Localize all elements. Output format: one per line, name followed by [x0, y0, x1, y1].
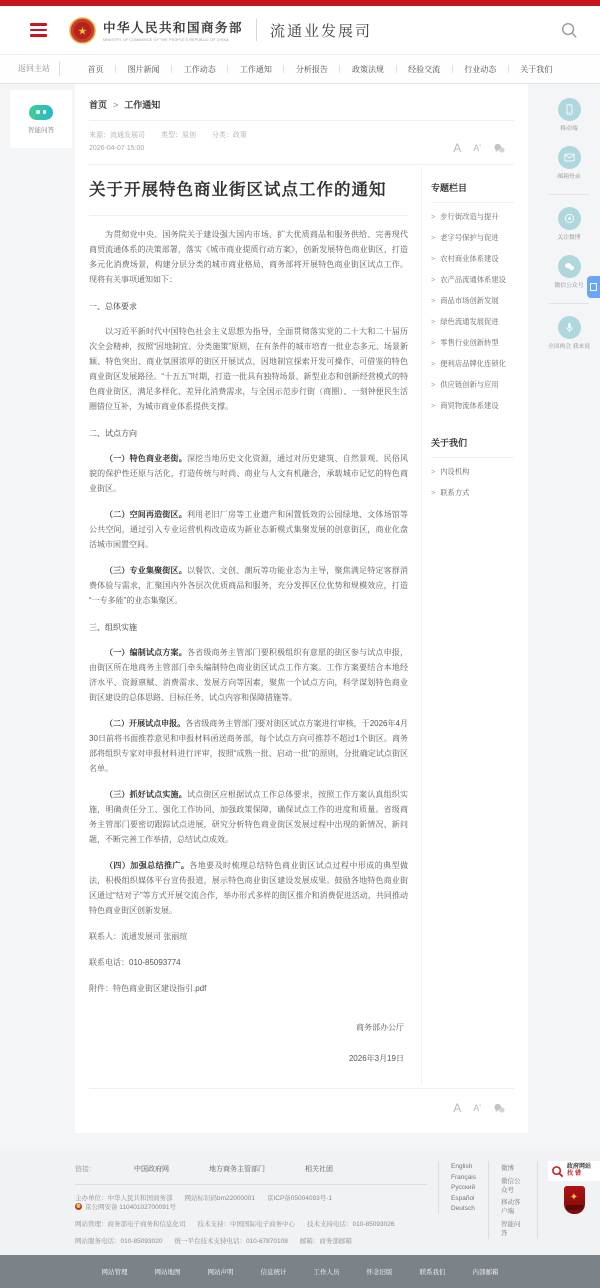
meta-category: 分类：政策: [212, 132, 247, 139]
divider: [549, 303, 589, 304]
police-record: 京公网安备 11040102700091号: [75, 1202, 176, 1211]
footer-info: 技术支持电话：010-85093026: [307, 1219, 394, 1228]
chevron-right-icon: >: [431, 296, 435, 306]
language-link[interactable]: Français: [451, 1174, 476, 1181]
topic-link[interactable]: >绿色流通发展促进: [431, 311, 514, 332]
paragraph: （一）编制试点方案。各省级商务主管部门要积极组织有意愿的街区参与试点申报，由街区…: [89, 645, 408, 705]
meta-datetime: 2026-04-07 15:00: [89, 142, 261, 155]
nav-back-to-main[interactable]: 返回主站: [0, 62, 60, 76]
footer-quick-link[interactable]: 移动客户端: [501, 1197, 525, 1215]
bottom-link-bar: 网站管理网站地图网站声明信息统计工作人员怀念旧版联系我们内部邮箱: [0, 1255, 600, 1288]
footer-link[interactable]: 相关社团: [305, 1166, 333, 1173]
breadcrumb-current[interactable]: 工作通知: [124, 98, 160, 111]
chevron-right-icon: >: [431, 254, 435, 264]
nav-separator: [227, 65, 228, 73]
topic-link[interactable]: >商品市场创新发展: [431, 290, 514, 311]
rail-item-label: 全国两会 我来说: [543, 343, 595, 351]
rail-item-weibo[interactable]: 关注微博: [543, 207, 595, 242]
footer-languages: EnglishFrançaisРусскийEspañolDeutsch: [438, 1161, 488, 1214]
chevron-right-icon: >: [431, 212, 435, 222]
sidebar-about: >内设机构>联系方式: [431, 458, 514, 509]
smart-qa-label: 智能问答: [28, 125, 54, 134]
mail-icon: [558, 146, 581, 169]
party-gov-site-badge[interactable]: ✦: [564, 1186, 585, 1214]
nav-item[interactable]: 图片新闻: [128, 64, 160, 75]
mic-icon: [558, 316, 581, 339]
about-link[interactable]: >联系方式: [431, 482, 514, 503]
section-heading: 一、总体要求: [89, 301, 408, 312]
ministry-name-en: MINISTRY OF COMMERCE OF THE PEOPLE'S REP…: [103, 38, 243, 42]
mobile-icon: [558, 98, 581, 121]
document-icon: [590, 283, 597, 291]
footer-info: 网站服务电话：010-85093020: [75, 1236, 162, 1245]
nav-item[interactable]: 工作通知: [240, 64, 272, 75]
rail-item-label: 邮箱登录: [543, 173, 595, 181]
font-larger-button[interactable]: A: [453, 1101, 461, 1115]
footer-quick-link[interactable]: 智能问答: [501, 1219, 525, 1237]
article-meta: 来源：流通发展司 类型：原创 分类：政策 2026-04-07 15:00 A …: [75, 121, 528, 164]
footer-info: 邮箱：商务部邮箱: [300, 1236, 352, 1245]
rail-item-label: 移动端: [543, 125, 595, 133]
sidebar: 专题栏目 >步行街改造与提升>老字号保护与促进>农村商业体系建设>农产品流通体系…: [421, 167, 514, 1084]
paragraph: （四）加强总结推广。各地要及时梳理总结特色商业街区试点过程中形成的典型做法，积极…: [89, 858, 408, 918]
content-card: 首页 > 工作通知 来源：流通发展司 类型：原创 分类：政策 2026-04-0…: [75, 84, 528, 1133]
sidebar-topics-title: 专题栏目: [431, 181, 514, 203]
gov-site-find-error-badge[interactable]: 政府网站 找错: [548, 1161, 600, 1181]
feedback-tab[interactable]: [587, 276, 600, 298]
hamburger-menu-icon[interactable]: [30, 23, 47, 37]
footer-line1: 主办单位：中华人民共和国商务部网站标识码bm22000001京ICP备05004…: [75, 1193, 427, 1211]
footer-quick-links: 微博微信公众号移动客户端智能问答: [488, 1161, 538, 1239]
topic-link[interactable]: >老字号保护与促进: [431, 227, 514, 248]
topic-link[interactable]: >农村商业体系建设: [431, 248, 514, 269]
article-bottom-controls: A A': [89, 1088, 514, 1131]
breadcrumb-home[interactable]: 首页: [89, 98, 107, 111]
chevron-right-icon: >: [431, 317, 435, 327]
breadcrumb: 首页 > 工作通知: [75, 84, 528, 120]
bottom-bar-link[interactable]: 怀念旧版: [367, 1267, 393, 1276]
article: 关于开展特色商业街区试点工作的通知 为贯彻党中央、国务院关于建设强大国内市场、扩…: [89, 167, 421, 1084]
divider: [75, 1184, 427, 1185]
wechat-icon: [558, 255, 581, 278]
bottom-bar-link[interactable]: 内部邮箱: [473, 1267, 499, 1276]
right-utility-rail: 移动端邮箱登录关注微博微信公众号全国两会 我来说: [542, 92, 596, 358]
footer-info: 技术支持：中国国际电子商务中心: [198, 1219, 296, 1228]
chevron-right-icon: >: [431, 401, 435, 411]
footer-info: 京ICP备05004093号-1: [267, 1193, 332, 1202]
chevron-right-icon: >: [431, 338, 435, 348]
site-header: ★ 中华人民共和国商务部 MINISTRY OF COMMERCE OF THE…: [0, 6, 600, 54]
article-title: 关于开展特色商业街区试点工作的通知: [89, 179, 408, 201]
footer-info: 主办单位：中华人民共和国商务部: [75, 1193, 173, 1202]
section-heading: 三、组织实施: [89, 622, 408, 633]
nav-separator: [339, 65, 340, 73]
weibo-icon: [558, 207, 581, 230]
nav-item[interactable]: 行业动态: [464, 64, 496, 75]
breadcrumb-separator: >: [113, 100, 118, 110]
share-icon[interactable]: [493, 1102, 506, 1115]
font-smaller-button[interactable]: A': [473, 143, 481, 153]
language-link[interactable]: English: [451, 1163, 476, 1170]
topic-link[interactable]: >步行街改造与提升: [431, 206, 514, 227]
font-larger-button[interactable]: A: [453, 141, 461, 155]
divider: [89, 215, 408, 216]
bottom-bar-link[interactable]: 网站地图: [155, 1267, 181, 1276]
national-emblem-logo: ★: [69, 17, 96, 44]
nav-item[interactable]: 分析报告: [296, 64, 328, 75]
police-badge-icon: [75, 1203, 82, 1210]
footer-line3: 网站服务电话：010-85093020统一平台技术支持电话：010-678701…: [75, 1236, 427, 1245]
topic-link[interactable]: >零售行业创新转型: [431, 332, 514, 353]
smart-qa-widget[interactable]: 智能问答: [10, 90, 72, 148]
footer-link[interactable]: 中国政府网: [134, 1166, 169, 1173]
paragraph: （三）专业集聚街区。以餐饮、文创、潮玩等功能业态为主导，聚焦满足特定客群消费体验…: [89, 563, 408, 608]
paragraph: 联系人：流通发展司 张丽瑄: [89, 929, 408, 944]
paragraph: 联系电话：010-85093774: [89, 955, 408, 970]
site-footer: 链接： 中国政府网地方商务主管部门相关社团 主办单位：中华人民共和国商务部网站标…: [0, 1149, 600, 1255]
ministry-name-cn: 中华人民共和国商务部: [103, 18, 243, 36]
article-signature: 商务部办公厅: [89, 1022, 404, 1033]
search-icon[interactable]: [560, 21, 578, 39]
nav-item[interactable]: 工作动态: [184, 64, 216, 75]
article-date: 2026年3月19日: [89, 1053, 404, 1064]
page-title: 流通业发展司: [270, 20, 372, 41]
language-link[interactable]: Deutsch: [451, 1205, 476, 1212]
footer-links: 中国政府网地方商务主管部门相关社团: [134, 1164, 373, 1174]
meta-source: 来源：流通发展司: [89, 132, 145, 139]
topic-link[interactable]: >供应链创新与应用: [431, 374, 514, 395]
footer-quick-link[interactable]: 微博: [501, 1163, 525, 1172]
paragraph: （一）特色商业老街。深挖当地历史文化资源，通过对历史建筑、自然景观、民俗风貌的保…: [89, 451, 408, 496]
footer-line2: 网站管理：商务部电子商务和信息化司技术支持：中国国际电子商务中心技术支持电话：0…: [75, 1219, 427, 1228]
bottom-bar-link[interactable]: 信息统计: [261, 1267, 287, 1276]
divider: [549, 194, 589, 195]
nav-separator: [115, 65, 116, 73]
about-link[interactable]: >内设机构: [431, 461, 514, 482]
footer-quick-link[interactable]: 微信公众号: [501, 1176, 525, 1194]
magnifier-icon: [551, 1165, 564, 1178]
paragraph: （二）空间再造街区。利用老旧厂房等工业遗产和闲置低效的公园绿地、文体场馆等公共空…: [89, 507, 408, 552]
footer-info: 网站管理：商务部电子商务和信息化司: [75, 1219, 186, 1228]
nav-item[interactable]: 政策法规: [352, 64, 384, 75]
nav-links: 首页图片新闻工作动态工作通知分析报告政策法规经验交流行业动态关于我们: [60, 64, 600, 75]
bottom-bar-link[interactable]: 联系我们: [420, 1267, 446, 1276]
meta-type: 类型：原创: [161, 132, 196, 139]
rail-item-mobile[interactable]: 移动端: [543, 98, 595, 133]
language-link[interactable]: Русский: [451, 1184, 476, 1191]
bottom-bar-link[interactable]: 工作人员: [314, 1267, 340, 1276]
topic-link[interactable]: >便利店品牌化连锁化: [431, 353, 514, 374]
footer-info: 网站标识码bm22000001: [185, 1193, 255, 1202]
bottom-bar-link[interactable]: 网站声明: [208, 1267, 234, 1276]
footer-links-label: 链接：: [75, 1164, 96, 1174]
bottom-bar-link[interactable]: 网站管理: [102, 1267, 128, 1276]
footer-info: 统一平台技术支持电话：010-67870108: [174, 1236, 287, 1245]
header-divider: [256, 19, 257, 41]
nav-item[interactable]: 首页: [88, 64, 104, 75]
chevron-right-icon: >: [431, 233, 435, 243]
rail-item-mail[interactable]: 邮箱登录: [543, 146, 595, 181]
smart-qa-icon: [29, 105, 53, 120]
font-smaller-button[interactable]: A': [473, 1103, 481, 1113]
topic-link[interactable]: >商贸物流体系建设: [431, 395, 514, 416]
share-icon[interactable]: [493, 142, 506, 155]
topic-link[interactable]: >农产品流通体系建设: [431, 269, 514, 290]
nav-separator: [396, 65, 397, 73]
find-error-line1: 政府网站: [567, 1164, 591, 1171]
chevron-right-icon: >: [431, 467, 435, 477]
nav-item[interactable]: 经验交流: [408, 64, 440, 75]
paragraph: （三）抓好试点实施。试点街区应根据试点工作总体要求，按照工作方案认真组织实施，明…: [89, 787, 408, 847]
rail-item-mic[interactable]: 全国两会 我来说: [543, 316, 595, 351]
paragraph: 以习近平新时代中国特色社会主义思想为指导，全面贯彻落实党的二十大和二十届历次全会…: [89, 324, 408, 414]
paragraph: 为贯彻党中央、国务院关于建设强大国内市场、扩大优质商品和服务供给、完善现代商贸流…: [89, 227, 408, 287]
footer-link[interactable]: 地方商务主管部门: [209, 1166, 265, 1173]
chevron-right-icon: >: [431, 359, 435, 369]
chevron-right-icon: >: [431, 488, 435, 498]
section-heading: 二、试点方向: [89, 428, 408, 439]
nav-separator: [508, 65, 509, 73]
nav-separator: [283, 65, 284, 73]
nav-item[interactable]: 关于我们: [520, 64, 552, 75]
attachment-link[interactable]: 附件：特色商业街区建设指引.pdf: [89, 981, 408, 996]
sidebar-about-title: 关于我们: [431, 436, 514, 458]
sidebar-topics: >步行街改造与提升>老字号保护与促进>农村商业体系建设>农产品流通体系建设>商品…: [431, 203, 514, 422]
paragraph: （二）开展试点申报。各省级商务主管部门要对街区试点方案进行审核，于2026年4月…: [89, 716, 408, 776]
rail-item-label: 关注微博: [543, 234, 595, 242]
nav-separator: [452, 65, 453, 73]
language-link[interactable]: Español: [451, 1195, 476, 1202]
svg-text:★: ★: [78, 25, 88, 37]
chevron-right-icon: >: [431, 380, 435, 390]
find-error-line2: 找错: [567, 1171, 591, 1178]
chevron-right-icon: >: [431, 275, 435, 285]
main-nav: 返回主站 首页图片新闻工作动态工作通知分析报告政策法规经验交流行业动态关于我们: [0, 54, 600, 84]
nav-separator: [171, 65, 172, 73]
article-body: 为贯彻党中央、国务院关于建设强大国内市场、扩大优质商品和服务供给、完善现代商贸流…: [89, 227, 408, 996]
